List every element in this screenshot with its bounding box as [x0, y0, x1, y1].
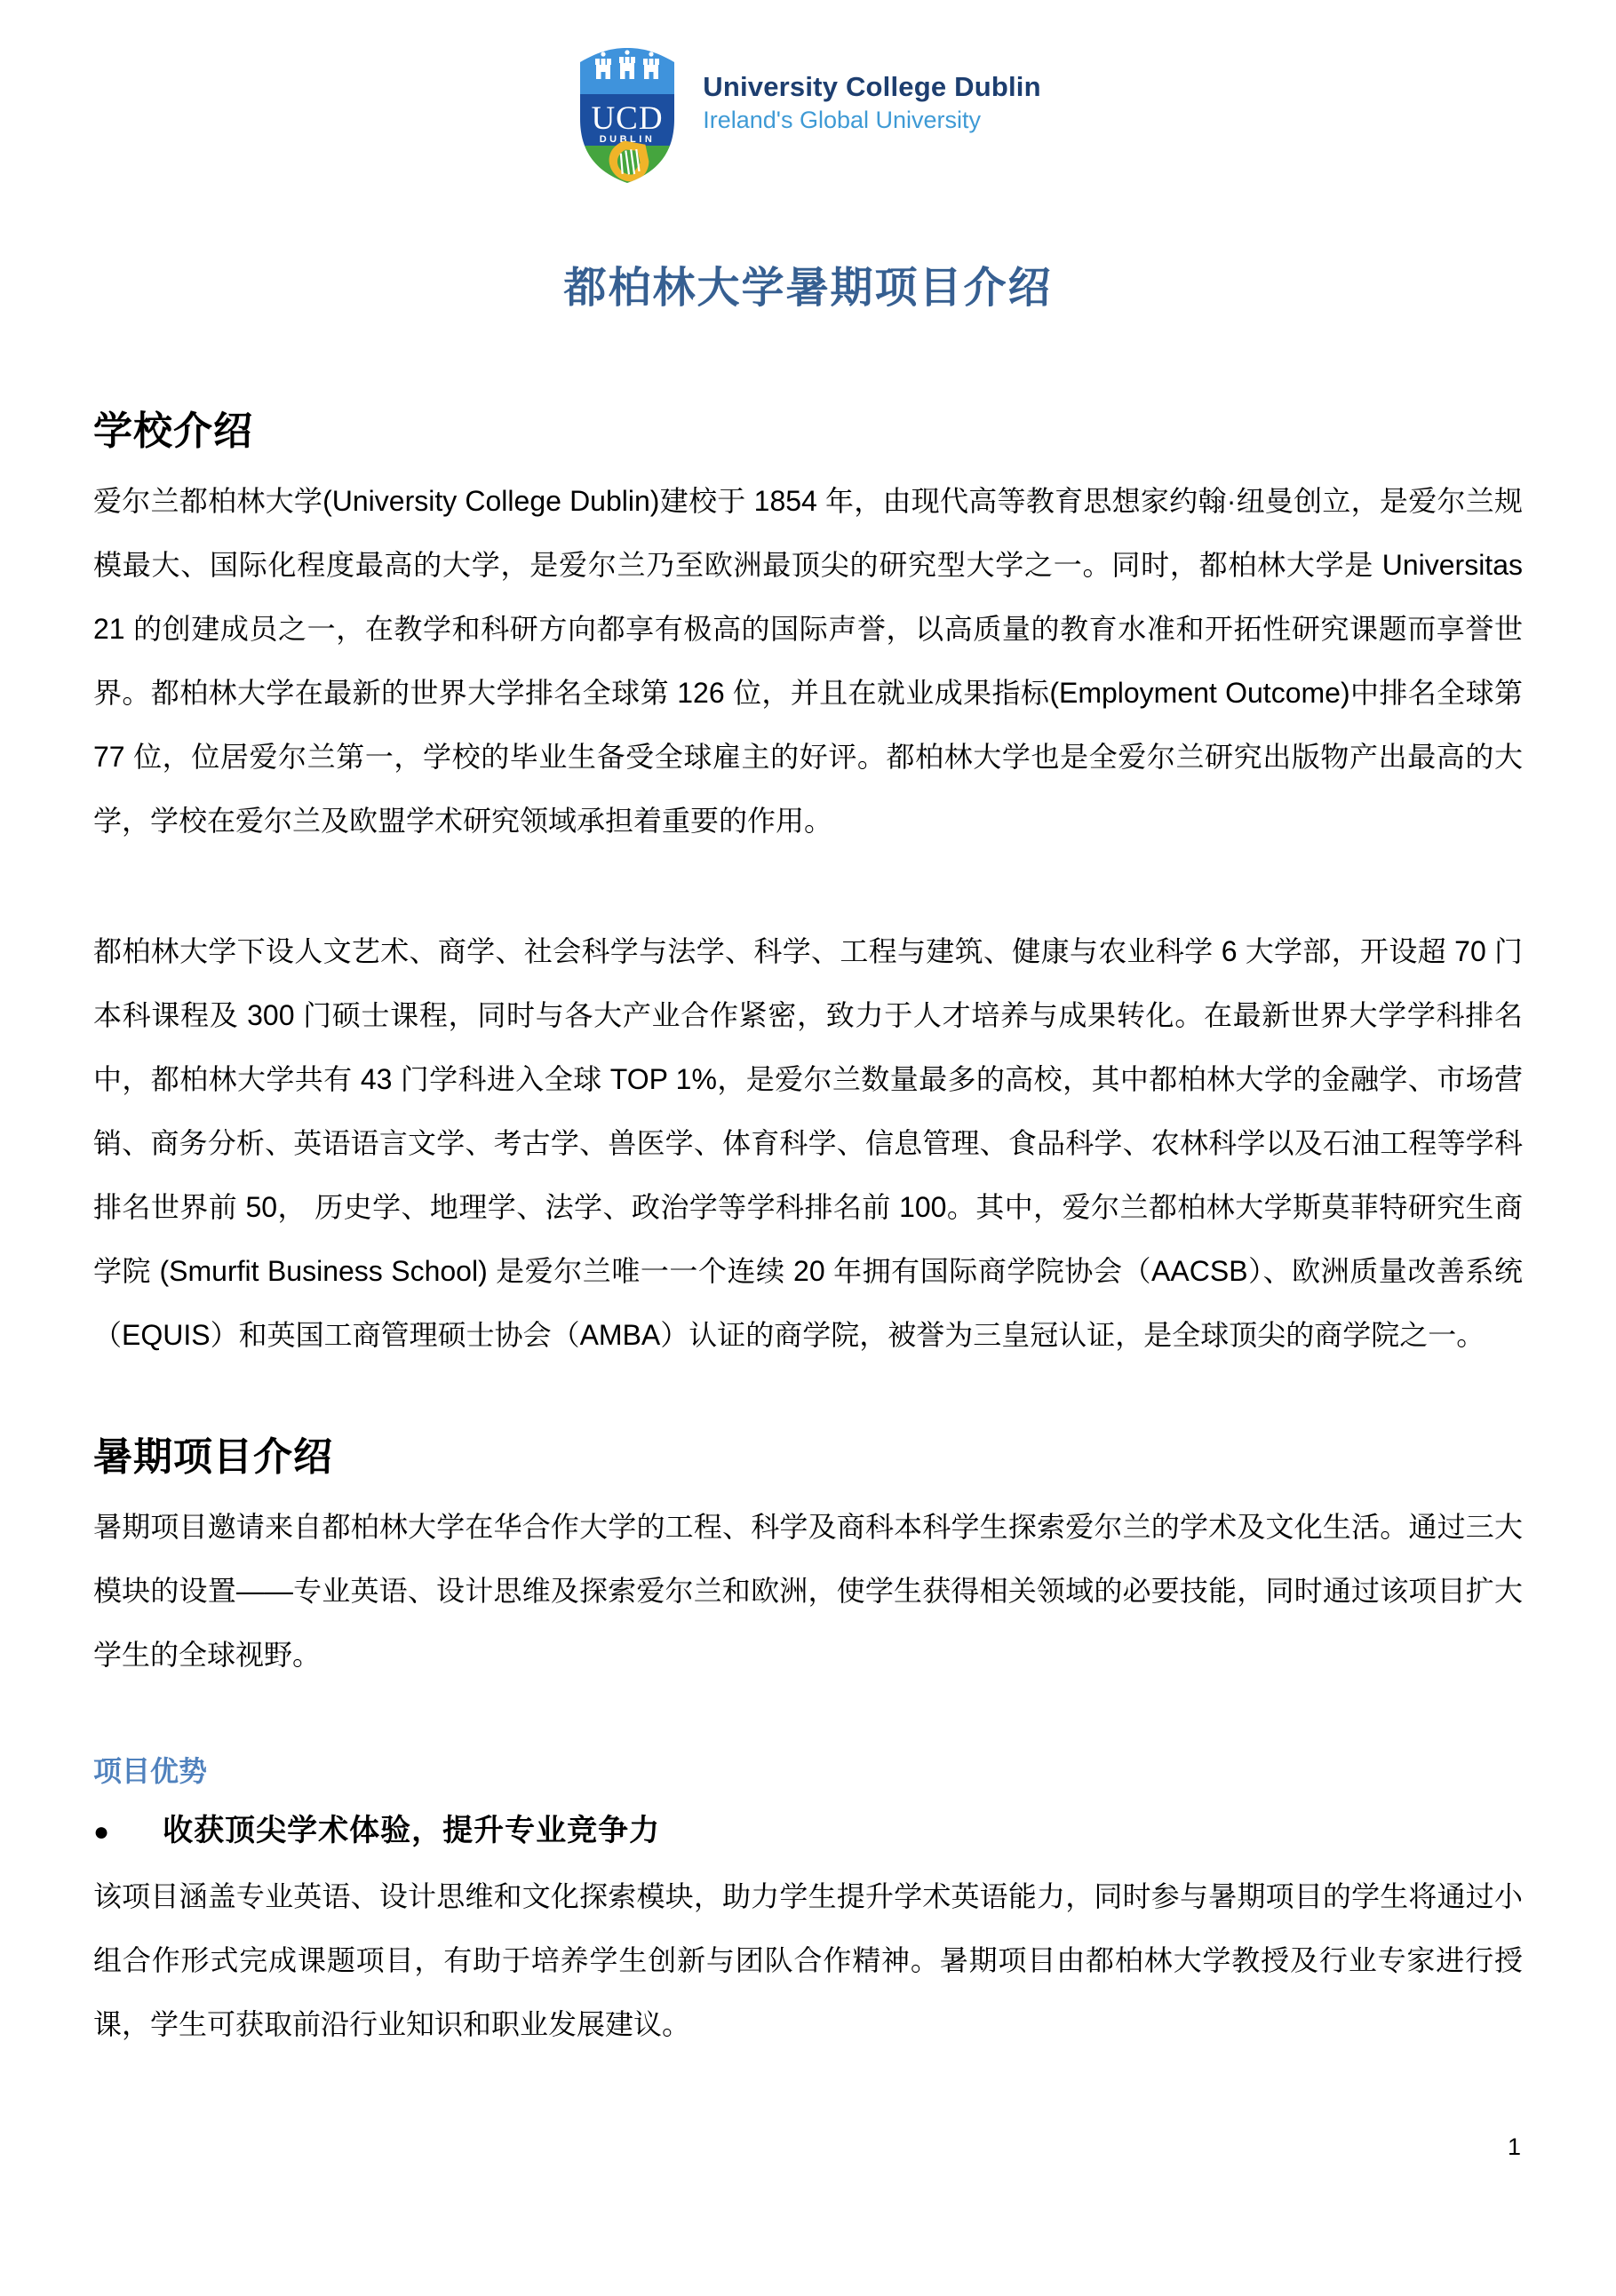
castle-icons: [595, 50, 659, 79]
ucd-crest-icon: UCD DUBLIN: [575, 43, 680, 187]
school-intro-paragraph-2: 都柏林大学下设人文艺术、商学、社会科学与法学、科学、工程与建筑、健康与农业科学 …: [93, 919, 1523, 1367]
school-intro-paragraph-1: 爱尔兰都柏林大学(University College Dublin)建校于 1…: [93, 469, 1523, 853]
logo-university-name: University College Dublin: [703, 71, 1041, 103]
advantages-bullet-row: ● 收获顶尖学术体验，提升专业竞争力: [93, 1806, 1523, 1854]
advantages-heading: 项目优势: [93, 1749, 1523, 1790]
document-page: UCD DUBLIN Un: [0, 0, 1616, 2296]
document-title: 都柏林大学暑期项目介绍: [93, 253, 1523, 314]
logo-wordmark: University College Dublin Ireland's Glob…: [703, 71, 1041, 159]
page-number: 1: [1508, 2133, 1521, 2161]
ucd-logo: UCD DUBLIN Un: [93, 0, 1523, 187]
advantages-paragraph: 该项目涵盖专业英语、设计思维和文化探索模块，助力学生提升学术英语能力，同时参与暑…: [93, 1864, 1523, 2056]
crest-ucd-text: UCD: [592, 100, 664, 137]
logo-tagline: Ireland's Global University: [703, 107, 1041, 134]
bullet-icon: ●: [93, 1811, 109, 1854]
summer-program-paragraph: 暑期项目邀请来自都柏林大学在华合作大学的工程、科学及商科本科学生探索爱尔兰的学术…: [93, 1495, 1523, 1687]
advantages-bullet-title: 收获顶尖学术体验，提升专业竞争力: [163, 1806, 660, 1849]
section-heading-summer-program: 暑期项目介绍: [93, 1425, 1523, 1482]
section-heading-school-intro: 学校介绍: [93, 399, 1523, 456]
